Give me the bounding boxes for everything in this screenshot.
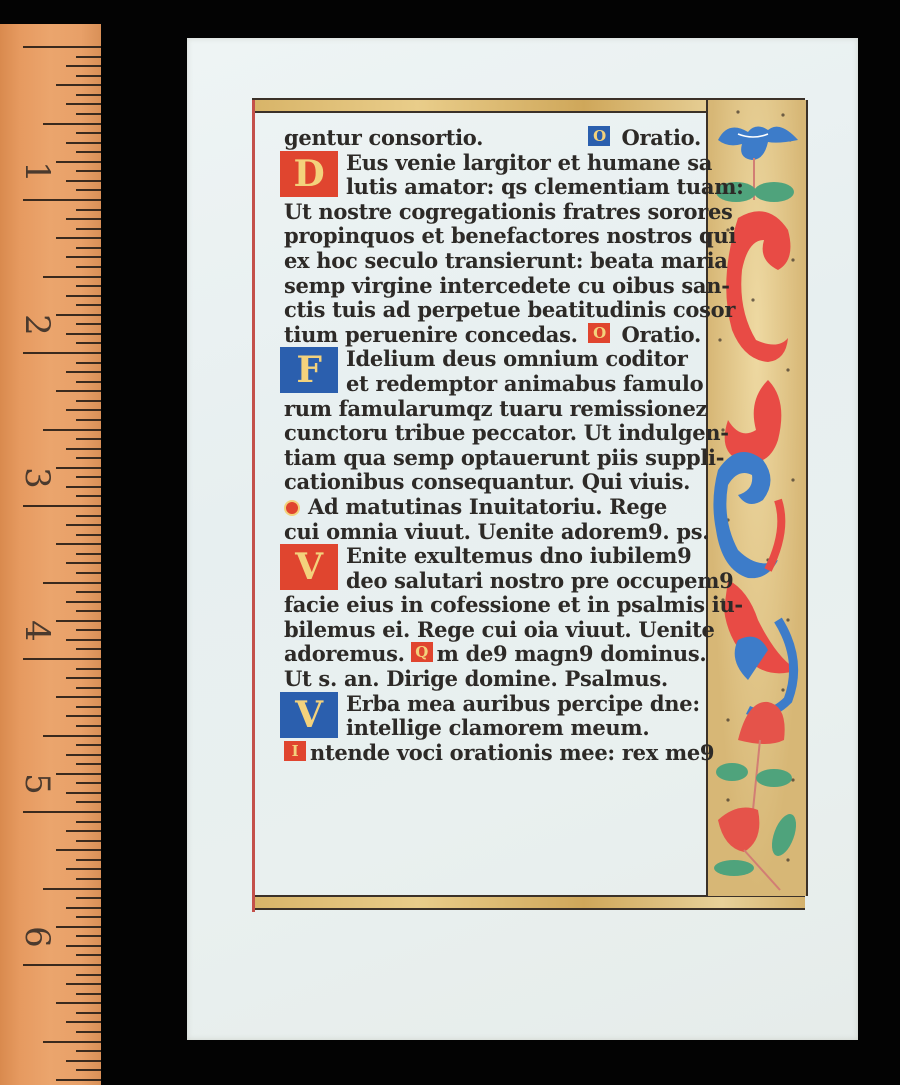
ruler-inch-label: 2 bbox=[22, 310, 52, 340]
line-text: bilemus ei. Rege cui oia viuut. Uenite bbox=[284, 617, 715, 642]
ruler-tick bbox=[76, 323, 101, 325]
ruler-tick bbox=[76, 266, 101, 268]
manuscript-line: semp virgine intercedete cu oibus san- bbox=[284, 274, 701, 299]
line-text: rum famularumqz tuaru remissionez bbox=[284, 396, 707, 421]
ruler-tick bbox=[56, 467, 101, 469]
ruler-tick bbox=[56, 696, 101, 698]
ruler-tick bbox=[76, 897, 101, 899]
ruler-inch-label: 5 bbox=[22, 769, 52, 799]
manuscript-line: cunctoru tribue peccator. Ut indulgen- bbox=[284, 421, 701, 446]
ruler-tick bbox=[56, 1002, 101, 1004]
ruler-tick bbox=[66, 983, 101, 985]
ruler-tick bbox=[66, 907, 101, 909]
line-text: tiam qua semp optauerunt piis suppli- bbox=[284, 445, 724, 470]
ruler-tick bbox=[23, 964, 101, 966]
ruler-tick bbox=[76, 247, 101, 249]
ruler-tick bbox=[76, 954, 101, 956]
ruler-tick bbox=[66, 256, 101, 258]
ruler-tick bbox=[76, 495, 101, 497]
ruler-tick bbox=[66, 218, 101, 220]
ruler-tick bbox=[76, 94, 101, 96]
ruler-inch-label: 1 bbox=[22, 157, 52, 187]
ruler-tick bbox=[43, 123, 101, 125]
oratio-rubric: O Oratio. bbox=[588, 323, 701, 348]
ruler-tick bbox=[43, 582, 101, 584]
manuscript-text-block: gentur consortio.O Oratio.DEus venie lar… bbox=[284, 126, 701, 765]
ruler-tick bbox=[76, 1031, 101, 1033]
ruler-tick bbox=[76, 744, 101, 746]
ruler-tick bbox=[56, 1079, 101, 1081]
ruler-tick bbox=[76, 400, 101, 402]
ruler-tick bbox=[76, 572, 101, 574]
manuscript-line: cui omnia viuut. Uenite adorem9. ps. bbox=[284, 520, 701, 545]
line-text: Ut s. an. Dirige domine. Psalmus. bbox=[284, 666, 668, 691]
manuscript-line: tiam qua semp optauerunt piis suppli- bbox=[284, 446, 701, 471]
line-text: cui omnia viuut. Uenite adorem9. ps. bbox=[284, 519, 709, 544]
manuscript-line: DEus venie largitor et humane sa bbox=[284, 151, 701, 176]
ruler-tick bbox=[76, 381, 101, 383]
ruler-tick bbox=[66, 486, 101, 488]
line-text: intellige clamorem meum. bbox=[346, 715, 649, 740]
wooden-ruler: 123456 bbox=[0, 24, 101, 1085]
ruler-tick bbox=[66, 1060, 101, 1062]
ruler-tick bbox=[66, 639, 101, 641]
line-text: ex hoc seculo transierunt: beata maria bbox=[284, 248, 728, 273]
ruler-tick bbox=[56, 161, 101, 163]
ruler-tick bbox=[76, 974, 101, 976]
ruler-tick bbox=[76, 285, 101, 287]
ruler-tick bbox=[76, 75, 101, 77]
ruler-tick bbox=[56, 620, 101, 622]
ruler-tick bbox=[76, 725, 101, 727]
ruler-tick bbox=[76, 151, 101, 153]
ruler-tick bbox=[66, 1021, 101, 1023]
ruler-tick bbox=[43, 1041, 101, 1043]
ruler-tick bbox=[56, 314, 101, 316]
ruler-tick bbox=[76, 56, 101, 58]
manuscript-line: ex hoc seculo transierunt: beata maria bbox=[284, 249, 701, 274]
line-text: Ad matutinas Inuitatoriu. Rege bbox=[308, 494, 667, 519]
ruler-tick bbox=[66, 868, 101, 870]
ruler-tick bbox=[66, 945, 101, 947]
manuscript-line: propinquos et benefactores nostros qui bbox=[284, 224, 701, 249]
ruler-tick bbox=[76, 706, 101, 708]
ruler-inch-label: 3 bbox=[22, 463, 52, 493]
ruler-tick bbox=[66, 103, 101, 105]
ruler-tick bbox=[66, 830, 101, 832]
ruler-tick bbox=[76, 935, 101, 937]
manuscript-line: tium peruenire concedas.O Oratio. bbox=[284, 323, 701, 348]
manuscript-line: et redemptor animabus famulo bbox=[284, 372, 701, 397]
ruler-tick bbox=[76, 591, 101, 593]
ruler-tick bbox=[66, 333, 101, 335]
ruler-tick bbox=[76, 878, 101, 880]
ruler-tick bbox=[76, 304, 101, 306]
ruler-tick bbox=[76, 782, 101, 784]
small-initial: O bbox=[588, 126, 610, 146]
ruler-tick bbox=[66, 180, 101, 182]
manuscript-line: bilemus ei. Rege cui oia viuut. Uenite bbox=[284, 618, 701, 643]
ruler-tick bbox=[76, 840, 101, 842]
line-text: ntende voci orationis mee: rex me9 bbox=[310, 740, 714, 765]
ruler-tick bbox=[66, 142, 101, 144]
ruler-tick bbox=[76, 457, 101, 459]
ruler-tick bbox=[23, 658, 101, 660]
line-text: Ut nostre cogregationis fratres sorores bbox=[284, 199, 733, 224]
ruler-tick bbox=[66, 409, 101, 411]
ruler-tick bbox=[76, 553, 101, 555]
ruler-tick bbox=[66, 601, 101, 603]
manuscript-line: facie eius in cofessione et in psalmis i… bbox=[284, 593, 701, 618]
line-text: cunctoru tribue peccator. Ut indulgen- bbox=[284, 420, 729, 445]
manuscript-line: intellige clamorem meum. bbox=[284, 716, 701, 741]
ruler-tick bbox=[76, 687, 101, 689]
ruler-tick bbox=[23, 811, 101, 813]
manuscript-line: Ad matutinas Inuitatoriu. Rege bbox=[284, 495, 701, 520]
manuscript-line: adoremus.Qm de9 magn9 dominus. bbox=[284, 642, 701, 667]
red-margin-rule bbox=[252, 100, 255, 912]
ruler-tick bbox=[23, 505, 101, 507]
line-text: deo salutari nostro pre occupem9 bbox=[346, 568, 733, 593]
line-text: adoremus. bbox=[284, 641, 405, 666]
manuscript-line: gentur consortio.O Oratio. bbox=[284, 126, 701, 151]
ruler-tick bbox=[66, 562, 101, 564]
manuscript-line: FIdelium deus omnium coditor bbox=[284, 347, 701, 372]
line-text: Oratio. bbox=[614, 125, 701, 150]
ruler-tick bbox=[76, 170, 101, 172]
line-text: lutis amator: qs clementiam tuam: bbox=[346, 174, 744, 199]
ruler-tick bbox=[76, 342, 101, 344]
ruler-tick bbox=[43, 888, 101, 890]
ruler-tick bbox=[56, 849, 101, 851]
ruler-tick bbox=[23, 46, 101, 48]
ruler-tick bbox=[76, 113, 101, 115]
line-text: tium peruenire concedas. bbox=[284, 322, 578, 347]
line-text: facie eius in cofessione et in psalmis i… bbox=[284, 592, 743, 617]
manuscript-line: deo salutari nostro pre occupem9 bbox=[284, 569, 701, 594]
ruler-tick bbox=[76, 515, 101, 517]
manuscript-line: VEnite exultemus dno iubilem9 bbox=[284, 544, 701, 569]
ruler-tick bbox=[76, 534, 101, 536]
small-initial: Q bbox=[411, 642, 433, 662]
manuscript-line: cationibus consequantur. Qui viuis. bbox=[284, 470, 701, 495]
line-text: ctis tuis ad perpetue beatitudinis cosor bbox=[284, 297, 735, 322]
line-text: Eus venie largitor et humane sa bbox=[346, 150, 712, 175]
ruler-tick bbox=[43, 429, 101, 431]
line-text: m de9 magn9 dominus. bbox=[437, 641, 707, 666]
ruler-tick bbox=[56, 773, 101, 775]
ruler-tick bbox=[66, 371, 101, 373]
ruler-tick bbox=[76, 821, 101, 823]
ruler-tick bbox=[66, 792, 101, 794]
small-initial: I bbox=[284, 741, 306, 761]
ruler-tick bbox=[56, 84, 101, 86]
line-text: gentur consortio. bbox=[284, 125, 483, 150]
ruler-tick bbox=[76, 648, 101, 650]
manuscript-line: Ut nostre cogregationis fratres sorores bbox=[284, 200, 701, 225]
ruler-tick bbox=[76, 419, 101, 421]
line-text: Oratio. bbox=[614, 322, 701, 347]
ruler-tick bbox=[76, 189, 101, 191]
ruler-tick bbox=[66, 295, 101, 297]
ruler-tick bbox=[43, 735, 101, 737]
ruler-tick bbox=[66, 65, 101, 67]
ruler-tick bbox=[76, 610, 101, 612]
ruler-tick bbox=[76, 801, 101, 803]
ruler-tick bbox=[76, 1012, 101, 1014]
ruler-tick bbox=[76, 993, 101, 995]
line-text: propinquos et benefactores nostros qui bbox=[284, 223, 736, 248]
rubric-paragraph-mark-icon bbox=[284, 500, 300, 516]
line-text: Erba mea auribus percipe dne: bbox=[346, 691, 700, 716]
ruler-tick bbox=[76, 476, 101, 478]
ruler-tick bbox=[56, 390, 101, 392]
manuscript-leaf: gentur consortio.O Oratio.DEus venie lar… bbox=[187, 38, 858, 1040]
small-initial: O bbox=[588, 323, 610, 343]
ruler-tick bbox=[23, 352, 101, 354]
ruler-tick bbox=[66, 677, 101, 679]
ruler-tick bbox=[56, 237, 101, 239]
ruler-tick bbox=[66, 448, 101, 450]
line-text: Enite exultemus dno iubilem9 bbox=[346, 543, 691, 568]
manuscript-line: lutis amator: qs clementiam tuam: bbox=[284, 175, 701, 200]
ruler-tick bbox=[56, 926, 101, 928]
line-text: semp virgine intercedete cu oibus san- bbox=[284, 273, 730, 298]
ruler-tick bbox=[76, 362, 101, 364]
ruler-tick bbox=[76, 228, 101, 230]
ruler-tick bbox=[76, 1069, 101, 1071]
ruler-tick bbox=[66, 715, 101, 717]
line-text: et redemptor animabus famulo bbox=[346, 371, 703, 396]
ruler-tick bbox=[76, 763, 101, 765]
ruler-tick bbox=[76, 132, 101, 134]
ruler-tick bbox=[76, 1050, 101, 1052]
manuscript-line: Intende voci orationis mee: rex me9 bbox=[284, 741, 701, 766]
ruler-tick bbox=[66, 524, 101, 526]
ruler-tick bbox=[56, 543, 101, 545]
ruler-tick bbox=[76, 859, 101, 861]
ruler-tick bbox=[76, 209, 101, 211]
line-text: cationibus consequantur. Qui viuis. bbox=[284, 469, 690, 494]
ruler-tick bbox=[76, 668, 101, 670]
ruler-tick bbox=[76, 629, 101, 631]
manuscript-line: Ut s. an. Dirige domine. Psalmus. bbox=[284, 667, 701, 692]
ruler-tick bbox=[66, 754, 101, 756]
ruler-inch-label: 4 bbox=[22, 616, 52, 646]
manuscript-line: ctis tuis ad perpetue beatitudinis cosor bbox=[284, 298, 701, 323]
manuscript-line: VErba mea auribus percipe dne: bbox=[284, 692, 701, 717]
ruler-tick bbox=[43, 276, 101, 278]
gold-frame-bottom bbox=[252, 895, 805, 910]
ruler-inch-label: 6 bbox=[22, 922, 52, 952]
oratio-rubric: O Oratio. bbox=[588, 126, 701, 151]
ruler-tick bbox=[76, 438, 101, 440]
manuscript-line: rum famularumqz tuaru remissionez bbox=[284, 397, 701, 422]
line-text: Idelium deus omnium coditor bbox=[346, 346, 687, 371]
ruler-tick bbox=[76, 916, 101, 918]
ruler-tick bbox=[23, 199, 101, 201]
